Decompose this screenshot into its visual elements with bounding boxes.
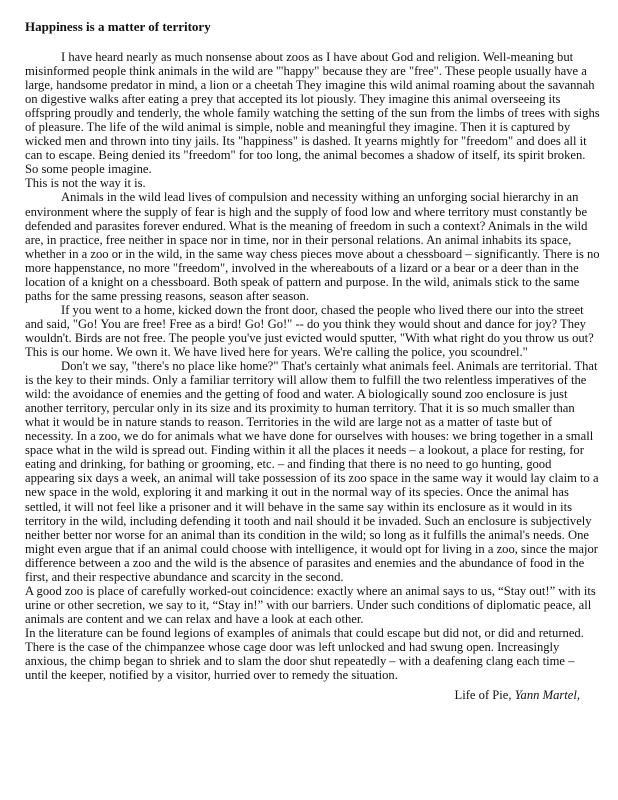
signature-work: Life of Pie, [455, 688, 515, 702]
signature-author: Yann Martel, [515, 688, 580, 702]
paragraph-2: This is not the way it is. [25, 176, 600, 190]
paragraph-4: If you went to a home, kicked down the f… [25, 303, 600, 359]
document-page: Happiness is a matter of territory I hav… [0, 0, 618, 800]
paragraph-7: In the literature can be found legions o… [25, 626, 600, 682]
document-body: I have heard nearly as much nonsense abo… [25, 50, 600, 682]
document-title: Happiness is a matter of territory [25, 19, 211, 35]
paragraph-1: I have heard nearly as much nonsense abo… [25, 50, 600, 176]
paragraph-3: Animals in the wild lead lives of compul… [25, 190, 600, 302]
paragraph-6: A good zoo is place of carefully worked-… [25, 584, 600, 626]
signature: Life of Pie, Yann Martel, [455, 688, 580, 702]
paragraph-5: Don't we say, "there's no place like hom… [25, 359, 600, 584]
